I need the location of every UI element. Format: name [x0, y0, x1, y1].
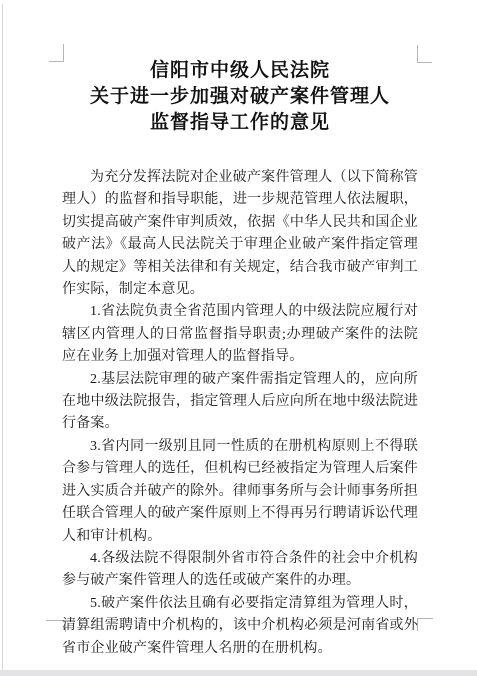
item-paragraph-2: 2.基层法院审理的破产案件需指定管理人的，应向所在地中级法院报告，指定管理人后应…	[62, 369, 418, 436]
page-left-edge	[2, 4, 3, 670]
crop-mark-top-right-icon	[417, 45, 432, 63]
intro-paragraph: 为充分发挥法院对企业破产案件管理人（以下简称管理人）的监督和指导职能，进一步规范…	[62, 167, 418, 301]
document-title: 信阳市中级人民法院 关于进一步加强对破产案件管理人 监督指导工作的意见	[62, 58, 418, 136]
item-paragraph-3: 3.省内同一级别且同一性质的在册机构原则上不得联合参与管理人的选任，但机构已经被…	[62, 436, 418, 548]
crop-mark-bottom-right-icon	[417, 618, 433, 631]
item-paragraph-1: 1.省法院负责全省范围内管理人的中级法院应履行对辖区内管理人的日常监督指导职责;…	[62, 301, 418, 368]
document-body: 为充分发挥法院对企业破产案件管理人（以下简称管理人）的监督和指导职能，进一步规范…	[62, 167, 418, 660]
page-number: — 2 —	[64, 622, 99, 633]
title-line-subject: 关于进一步加强对破产案件管理人	[62, 84, 418, 110]
item-paragraph-5: 5.破产案件依法且确有必要指定清算组为管理人时，清算组需聘请中介机构的，该中介机…	[62, 593, 418, 660]
document-page: 信阳市中级人民法院 关于进一步加强对破产案件管理人 监督指导工作的意见 为充分发…	[0, 0, 477, 676]
item-paragraph-4: 4.各级法院不得限制外省市符合条件的社会中介机构参与破产案件管理人的选任或破产案…	[62, 548, 418, 593]
title-line-type: 监督指导工作的意见	[62, 110, 418, 136]
document-content: 信阳市中级人民法院 关于进一步加强对破产案件管理人 监督指导工作的意见 为充分发…	[62, 58, 418, 660]
app-background-strip	[0, 670, 477, 676]
title-line-court: 信阳市中级人民法院	[62, 58, 418, 84]
